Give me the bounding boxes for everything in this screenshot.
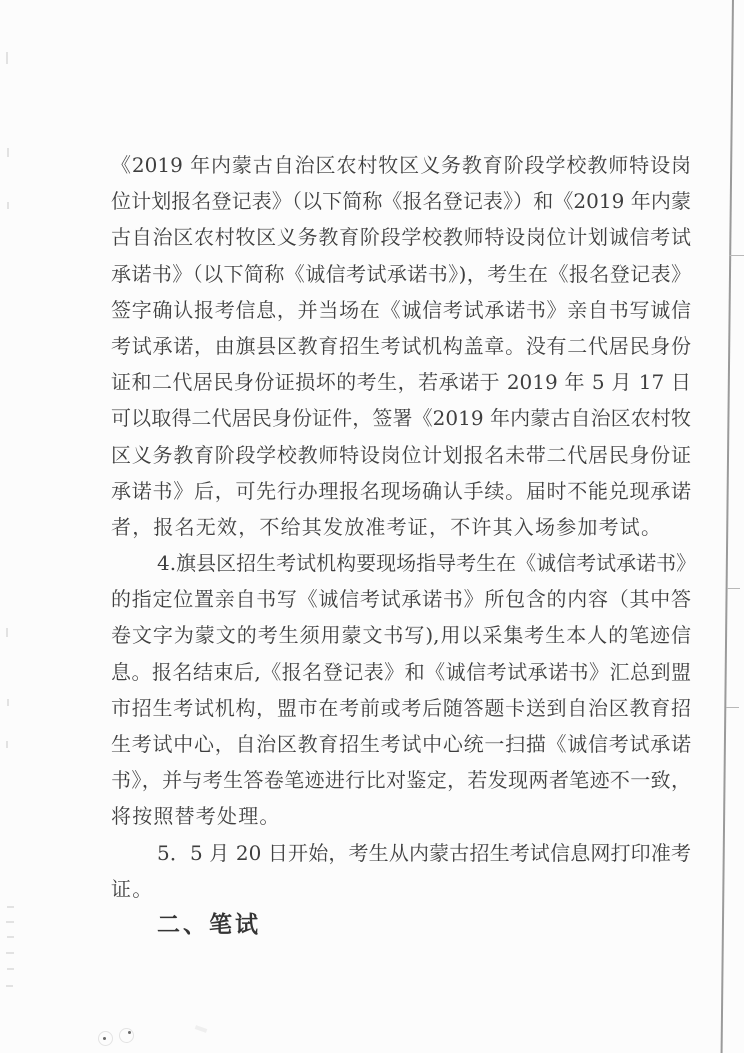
scan-smudge-dot: [103, 1037, 106, 1040]
scan-artifact: [7, 148, 9, 157]
paragraph-line: 4.旗县区招生考试机构要现场指导考生在《诚信考试承诺书》: [111, 545, 691, 581]
paragraph-line: 证和二代居民身份证损坏的考生，若承诺于 2019 年 5 月 17 日前: [111, 364, 691, 400]
paragraph-line: 《2019 年内蒙古自治区农村牧区义务教育阶段学校教师特设岗: [111, 147, 691, 183]
paragraph-line: 的指定位置亲自书写《诚信考试承诺书》所包含的内容（其中答: [111, 581, 691, 617]
section-heading: 二、笔试: [111, 907, 691, 943]
paragraph-line: 可以取得二代居民身份证件，签署《2019 年内蒙古自治区农村牧: [111, 400, 691, 436]
scan-artifact: [7, 936, 14, 938]
paragraph-line: 卷文字为蒙文的考生须用蒙文书写),用以采集考生本人的笔迹信: [111, 617, 691, 653]
scanned-document-page: 《2019 年内蒙古自治区农村牧区义务教育阶段学校教师特设岗位计划报名登记表》（…: [0, 0, 744, 1053]
paragraph-line: 将按照替考处理。: [111, 798, 691, 834]
scan-artifact: [7, 202, 9, 209]
paragraph-line: 市招生考试机构，盟市在考前或考后随答题卡送到自治区教育招: [111, 690, 691, 726]
paragraph-line: 考试承诺，由旗县区教育招生考试机构盖章。没有二代居民身份: [111, 328, 691, 364]
paragraph-line: 息。报名结束后,《报名登记表》和《诚信考试承诺书》汇总到盟: [111, 654, 691, 690]
scan-smudge: [119, 1028, 134, 1043]
document-text-block: 《2019 年内蒙古自治区农村牧区义务教育阶段学校教师特设岗位计划报名登记表》（…: [111, 147, 691, 943]
scan-artifact: [6, 921, 14, 923]
scan-artifact: [6, 952, 14, 954]
paragraph-line: 生考试中心，自治区教育招生考试中心统一扫描《诚信考试承诺: [111, 726, 691, 762]
scan-artifact: [7, 906, 14, 908]
paragraph-line: 承诺书》后，可先行办理报名现场确认手续。届时不能兑现承诺: [111, 473, 691, 509]
scan-artifact: [6, 52, 8, 64]
scan-tick-mark: [727, 588, 740, 589]
scan-artifact: [7, 699, 9, 706]
paragraph-line: 书》，并与考生答卷笔迹进行比对鉴定，若发现两者笔迹不一致，: [111, 762, 691, 798]
scan-edge-line: [721, 0, 734, 1053]
paragraph-line: 5．5 月 20 日开始，考生从内蒙古招生考试信息网打印准考: [111, 835, 691, 871]
scan-smudge-dot: [128, 1031, 131, 1034]
paragraph-line: 签字确认报考信息，并当场在《诚信考试承诺书》亲自书写诚信: [111, 292, 691, 328]
paragraph-line: 古自治区农村牧区义务教育阶段学校教师特设岗位计划诚信考试: [111, 219, 691, 255]
scan-artifact: [6, 985, 13, 987]
scan-tick-mark: [729, 255, 744, 256]
paragraph-line: 区义务教育阶段学校教师特设岗位计划报名未带二代居民身份证: [111, 437, 691, 473]
scan-tick-mark: [726, 707, 739, 708]
scan-artifact: [7, 968, 14, 970]
paragraph-line: 证。: [111, 871, 691, 907]
paragraph-line: 位计划报名登记表》（以下简称《报名登记表》）和《2019 年内蒙: [111, 183, 691, 219]
scan-artifact: [6, 628, 8, 637]
paragraph-line: 者，报名无效，不给其发放准考证，不许其入场参加考试。: [111, 509, 691, 545]
scan-artifact: [195, 1025, 208, 1033]
paragraph-line: 承诺书》（以下简称《诚信考试承诺书》)，考生在《报名登记表》: [111, 256, 691, 292]
scan-artifact: [6, 741, 8, 748]
